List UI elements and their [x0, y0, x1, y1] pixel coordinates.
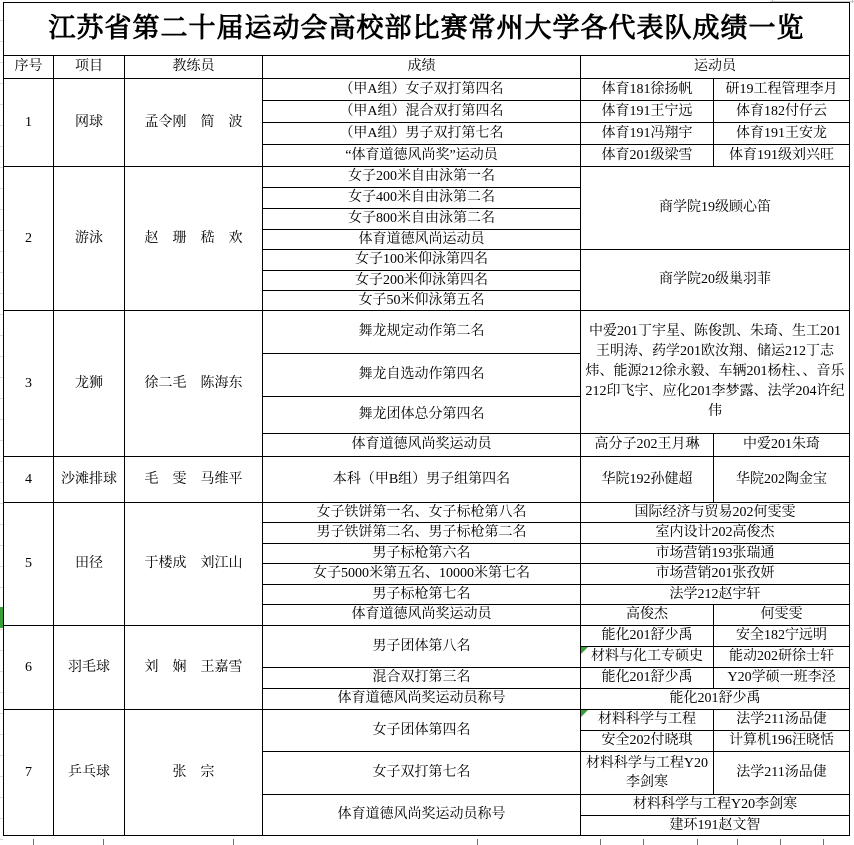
cell-athlete[interactable]: 计算机196汪晓恬 — [714, 731, 850, 752]
cell-result[interactable]: 男子铁饼第二名、男子标枪第二名 — [263, 523, 581, 544]
cell-result[interactable]: 体育道德风尚奖运动员称号 — [263, 795, 581, 836]
sheet-bottom-grid-tick — [33, 839, 34, 845]
cell-athlete-label: 材料科学与工程 — [598, 712, 696, 727]
cell-athlete[interactable]: 材料与化工专硕史 — [581, 647, 714, 668]
header-event[interactable]: 项目 — [54, 56, 125, 79]
cell-team-no[interactable]: 5 — [4, 503, 54, 626]
cell-team-no[interactable]: 4 — [4, 457, 54, 503]
cell-result[interactable]: 女子团体第四名 — [263, 710, 581, 752]
cell-result[interactable]: 男子标枪第六名 — [263, 544, 581, 564]
cell-result[interactable]: 体育道德风尚奖运动员 — [263, 434, 581, 457]
cell-result[interactable]: 男子标枪第七名 — [263, 585, 581, 605]
cell-team-no[interactable]: 2 — [4, 167, 54, 311]
cell-athlete[interactable]: 安全202付晓琪 — [581, 731, 714, 752]
cell-coach[interactable]: 于楼成 刘江山 — [125, 503, 263, 626]
cell-athlete[interactable]: 研19工程管理李月 — [714, 79, 850, 101]
cell-athletes-merged[interactable]: 能化201舒少禹 — [581, 689, 850, 710]
header-coach[interactable]: 教练员 — [125, 56, 263, 79]
sheet-bottom-grid-tick — [103, 839, 104, 845]
cell-athlete[interactable]: 能动202研徐士轩 — [714, 647, 850, 668]
header-result[interactable]: 成绩 — [263, 56, 581, 79]
header-no[interactable]: 序号 — [4, 56, 54, 79]
cell-coach[interactable]: 徐二毛 陈海东 — [125, 311, 263, 457]
cell-coach[interactable]: 毛 雯 马维平 — [125, 457, 263, 503]
cell-result[interactable]: 舞龙团体总分第四名 — [263, 397, 581, 434]
sheet-top-grid-tick — [852, 0, 853, 3]
cell-result[interactable]: （甲A组）男子双打第七名 — [263, 123, 581, 145]
error-indicator-icon — [581, 710, 588, 717]
cell-result[interactable]: 女子400米自由泳第二名 — [263, 188, 581, 209]
cell-result[interactable]: 本科（甲B组）男子组第四名 — [263, 457, 581, 503]
cell-athlete-label: 材料与化工专硕史 — [591, 649, 703, 664]
cell-result[interactable]: 混合双打第三名 — [263, 668, 581, 689]
cell-athlete[interactable]: 华院202陶金宝 — [714, 457, 850, 503]
sheet-bottom-grid-tick — [737, 839, 738, 845]
cell-event[interactable]: 乒乓球 — [54, 710, 125, 836]
cell-event[interactable]: 游泳 — [54, 167, 125, 311]
cell-athlete[interactable]: 安全182宁远明 — [714, 626, 850, 647]
cell-result[interactable]: 体育道德风尚奖运动员 — [263, 605, 581, 626]
cell-athlete[interactable]: 体育191级刘兴旺 — [714, 145, 850, 167]
cell-athletes-merged[interactable]: 法学212赵宇轩 — [581, 585, 850, 605]
cell-result[interactable]: 女子50米仰泳第五名 — [263, 291, 581, 311]
cell-athlete[interactable]: 体育182付仔云 — [714, 101, 850, 123]
cell-result[interactable]: “体育道德风尚奖”运动员 — [263, 145, 581, 167]
cell-result[interactable]: 女子5000米第五名、10000米第七名 — [263, 564, 581, 585]
sheet-bottom-grid-tick — [643, 839, 644, 845]
cell-result[interactable]: 男子团体第八名 — [263, 626, 581, 668]
cell-athlete[interactable]: 体育191王宁远 — [581, 101, 714, 123]
cell-event[interactable]: 网球 — [54, 79, 125, 167]
cell-athlete[interactable]: 高分子202王月琳 — [581, 434, 714, 457]
sheet-bottom-grid-tick — [697, 839, 698, 845]
cell-result[interactable]: 体育道德风尚奖运动员称号 — [263, 689, 581, 710]
cell-team-no[interactable]: 3 — [4, 311, 54, 457]
cell-result[interactable]: 体育道德风尚运动员 — [263, 230, 581, 250]
cell-athlete[interactable]: 材料科学与工程 — [581, 710, 714, 731]
cell-team-no[interactable]: 6 — [4, 626, 54, 710]
cell-athlete[interactable]: 法学211汤品倢 — [714, 710, 850, 731]
cell-team-no[interactable]: 7 — [4, 710, 54, 836]
results-table: 江苏省第二十届运动会高校部比赛常州大学各代表队成绩一览 序号 项目 教练员 成绩… — [3, 2, 850, 836]
cell-athletes-merged[interactable]: 国际经济与贸易202何雯雯 — [581, 503, 850, 523]
cell-result[interactable]: 女子双打第七名 — [263, 752, 581, 795]
cell-athlete[interactable]: 体育201级梁雪 — [581, 145, 714, 167]
cell-result[interactable]: 舞龙自选动作第四名 — [263, 354, 581, 397]
cell-athlete[interactable]: 高俊杰 — [581, 605, 714, 626]
cell-athlete[interactable]: 何雯雯 — [714, 605, 850, 626]
cell-athlete[interactable]: 华院192孙健超 — [581, 457, 714, 503]
cell-athlete[interactable]: 体育191冯翔宇 — [581, 123, 714, 145]
cell-athletes-merged[interactable]: 中爱201丁宇星、陈俊凯、朱琦、生工201王明涛、药学201欧汝翔、储运212丁… — [581, 311, 850, 434]
cell-athletes-merged[interactable]: 建环191赵文智 — [581, 816, 850, 836]
cell-coach[interactable]: 张 宗 — [125, 710, 263, 836]
cell-athletes-merged[interactable]: 市场营销193张瑞通 — [581, 544, 850, 564]
cell-athlete[interactable]: 体育181徐扬帆 — [581, 79, 714, 101]
cell-result[interactable]: （甲A组）混合双打第四名 — [263, 101, 581, 123]
page-title[interactable]: 江苏省第二十届运动会高校部比赛常州大学各代表队成绩一览 — [4, 3, 850, 56]
cell-athlete[interactable]: 能化201舒少禹 — [581, 626, 714, 647]
cell-athletes-merged[interactable]: 商学院20级巢羽菲 — [581, 250, 850, 311]
cell-result[interactable]: 女子200米自由泳第一名 — [263, 167, 581, 188]
cell-result[interactable]: 女子200米仰泳第四名 — [263, 271, 581, 291]
cell-coach[interactable]: 赵 珊 嵇 欢 — [125, 167, 263, 311]
sheet-bottom-grid-tick — [233, 839, 234, 845]
sheet-bottom-grid-tick — [477, 839, 478, 845]
cell-team-no[interactable]: 1 — [4, 79, 54, 167]
cell-result[interactable]: 女子铁饼第一名、女子标枪第八名 — [263, 503, 581, 523]
sheet-bottom-grid-tick — [780, 839, 781, 845]
cell-result[interactable]: （甲A组）女子双打第四名 — [263, 79, 581, 101]
cell-athlete[interactable]: 材料科学与工程Y20李剑寒 — [581, 752, 714, 795]
sheet-bottom-grid-tick — [600, 839, 601, 845]
cell-event[interactable]: 羽毛球 — [54, 626, 125, 710]
cell-event[interactable]: 龙狮 — [54, 311, 125, 457]
sheet-bottom-grid-tick — [823, 839, 824, 845]
cell-event[interactable]: 田径 — [54, 503, 125, 626]
cell-coach[interactable]: 刘 娴 王嘉雪 — [125, 626, 263, 710]
cell-coach[interactable]: 孟令刚 简 波 — [125, 79, 263, 167]
header-athletes[interactable]: 运动员 — [581, 56, 850, 79]
cell-athlete[interactable]: 能化201舒少禹 — [581, 668, 714, 689]
cell-athletes-merged[interactable]: 材料科学与工程Y20李剑寒 — [581, 795, 850, 816]
cell-athletes-merged[interactable]: 商学院19级顾心笛 — [581, 167, 850, 250]
cell-event[interactable]: 沙滩排球 — [54, 457, 125, 503]
cell-athletes-merged[interactable]: 市场营销201张孜妍 — [581, 564, 850, 585]
cell-athlete[interactable]: Y20学硕一班李泾 — [714, 668, 850, 689]
error-indicator-icon — [581, 647, 588, 654]
cell-athlete[interactable]: 中爱201朱琦 — [714, 434, 850, 457]
cell-athletes-merged[interactable]: 室内设计202高俊杰 — [581, 523, 850, 544]
cell-athlete[interactable]: 法学211汤品倢 — [714, 752, 850, 795]
cell-result[interactable]: 女子800米自由泳第二名 — [263, 209, 581, 230]
cell-result[interactable]: 女子100米仰泳第四名 — [263, 250, 581, 271]
cell-athlete[interactable]: 体育191王安龙 — [714, 123, 850, 145]
cell-result[interactable]: 舞龙规定动作第二名 — [263, 311, 581, 354]
